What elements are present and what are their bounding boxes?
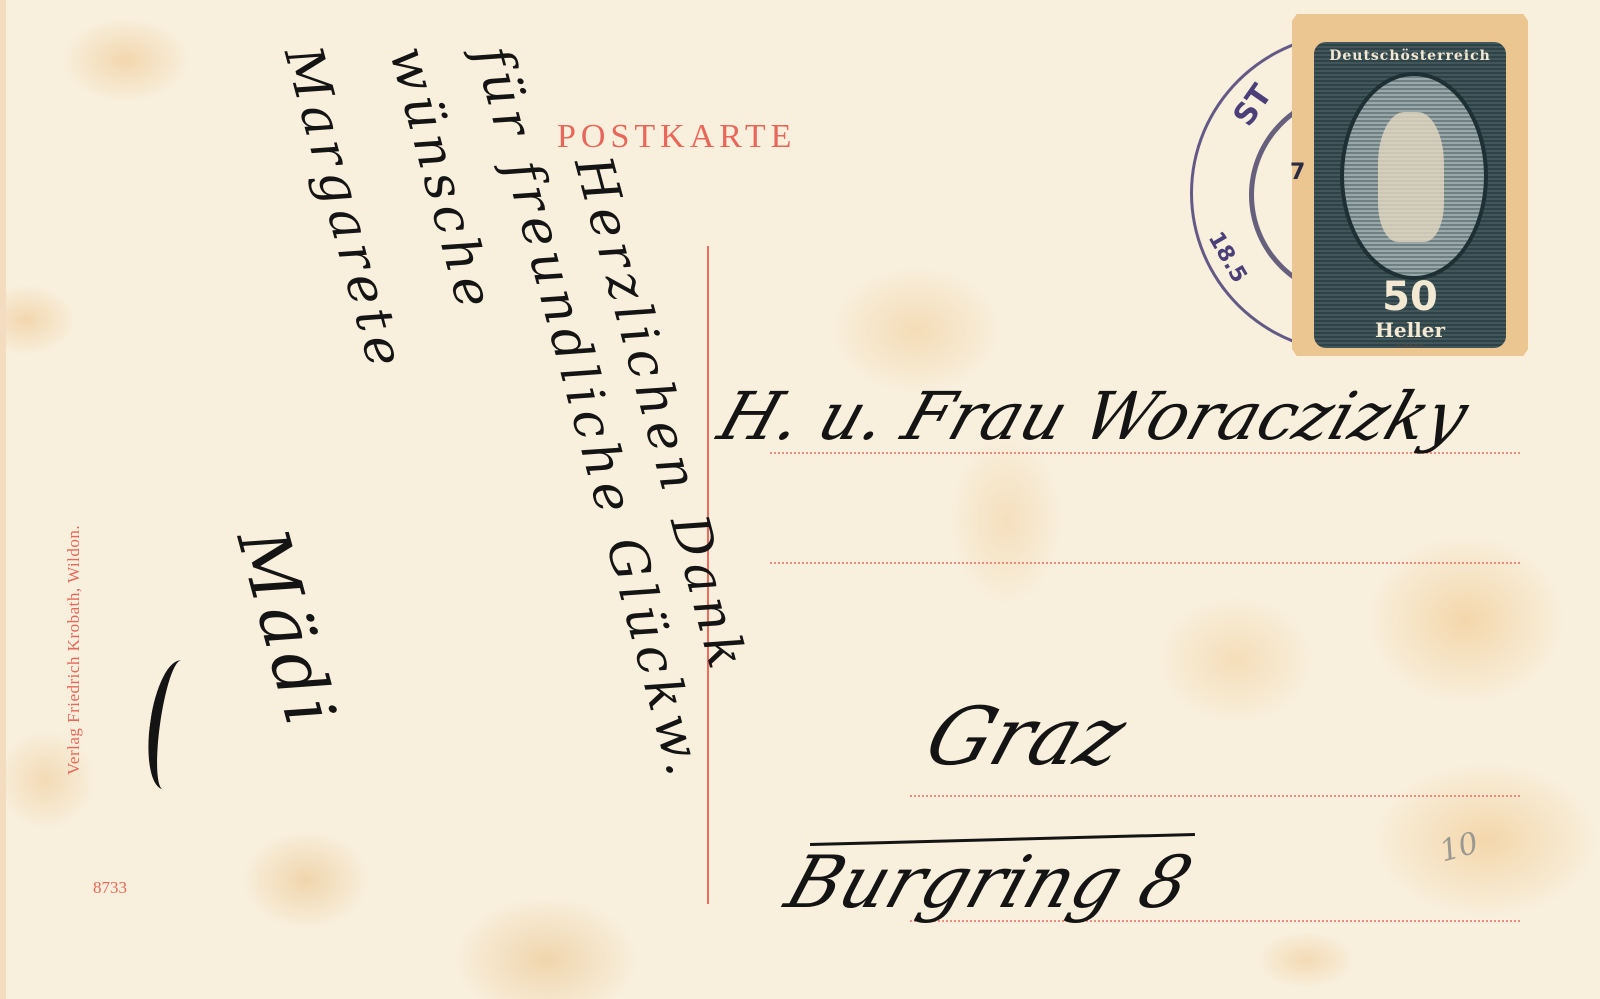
stamp-unit: Heller — [1314, 318, 1506, 342]
stamp-country: Deutschösterreich — [1314, 48, 1506, 64]
stamp-allegory-figure-icon — [1378, 112, 1444, 242]
stamp-value: 50 — [1314, 274, 1506, 320]
postmark-date: 7 — [1290, 160, 1305, 185]
stamp-design: Deutschösterreich 50 Heller — [1314, 42, 1506, 348]
postage-stamp: Deutschösterreich 50 Heller JUNKER — [1292, 14, 1528, 356]
address-street: Burgring 8 — [776, 840, 1202, 924]
serial-number: 8733 — [93, 878, 127, 898]
postcard-heading: POSTKARTE — [557, 118, 796, 156]
address-city: Graz — [915, 690, 1137, 783]
publisher-imprint: Verlag Friedrich Krobath, Wildon. — [64, 525, 84, 775]
address-recipient: H. u. Frau Woraczizky — [709, 378, 1477, 455]
address-line-2 — [770, 562, 1520, 564]
address-line-3 — [910, 795, 1520, 797]
stamp-artist: JUNKER — [1292, 344, 1528, 350]
